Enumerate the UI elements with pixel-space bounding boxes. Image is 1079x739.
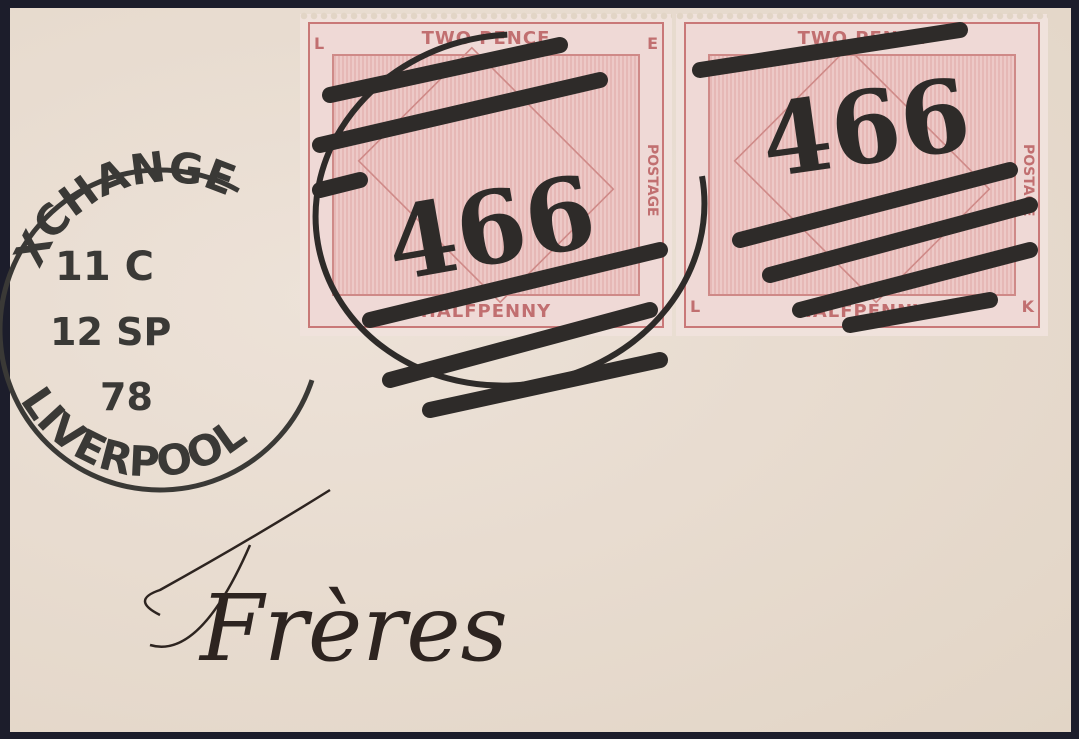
cancel-number-left: 466	[378, 152, 604, 304]
postmark-year: 78	[100, 375, 153, 419]
handwritten-address: Frères	[198, 575, 508, 682]
postmarks-layer: XCHANGE LIVERPOOL 11 C 12 SP 78 466 466 …	[0, 0, 1079, 739]
postmark-date: 12 SP	[50, 310, 171, 354]
postmark-code: 11 C	[55, 244, 154, 290]
